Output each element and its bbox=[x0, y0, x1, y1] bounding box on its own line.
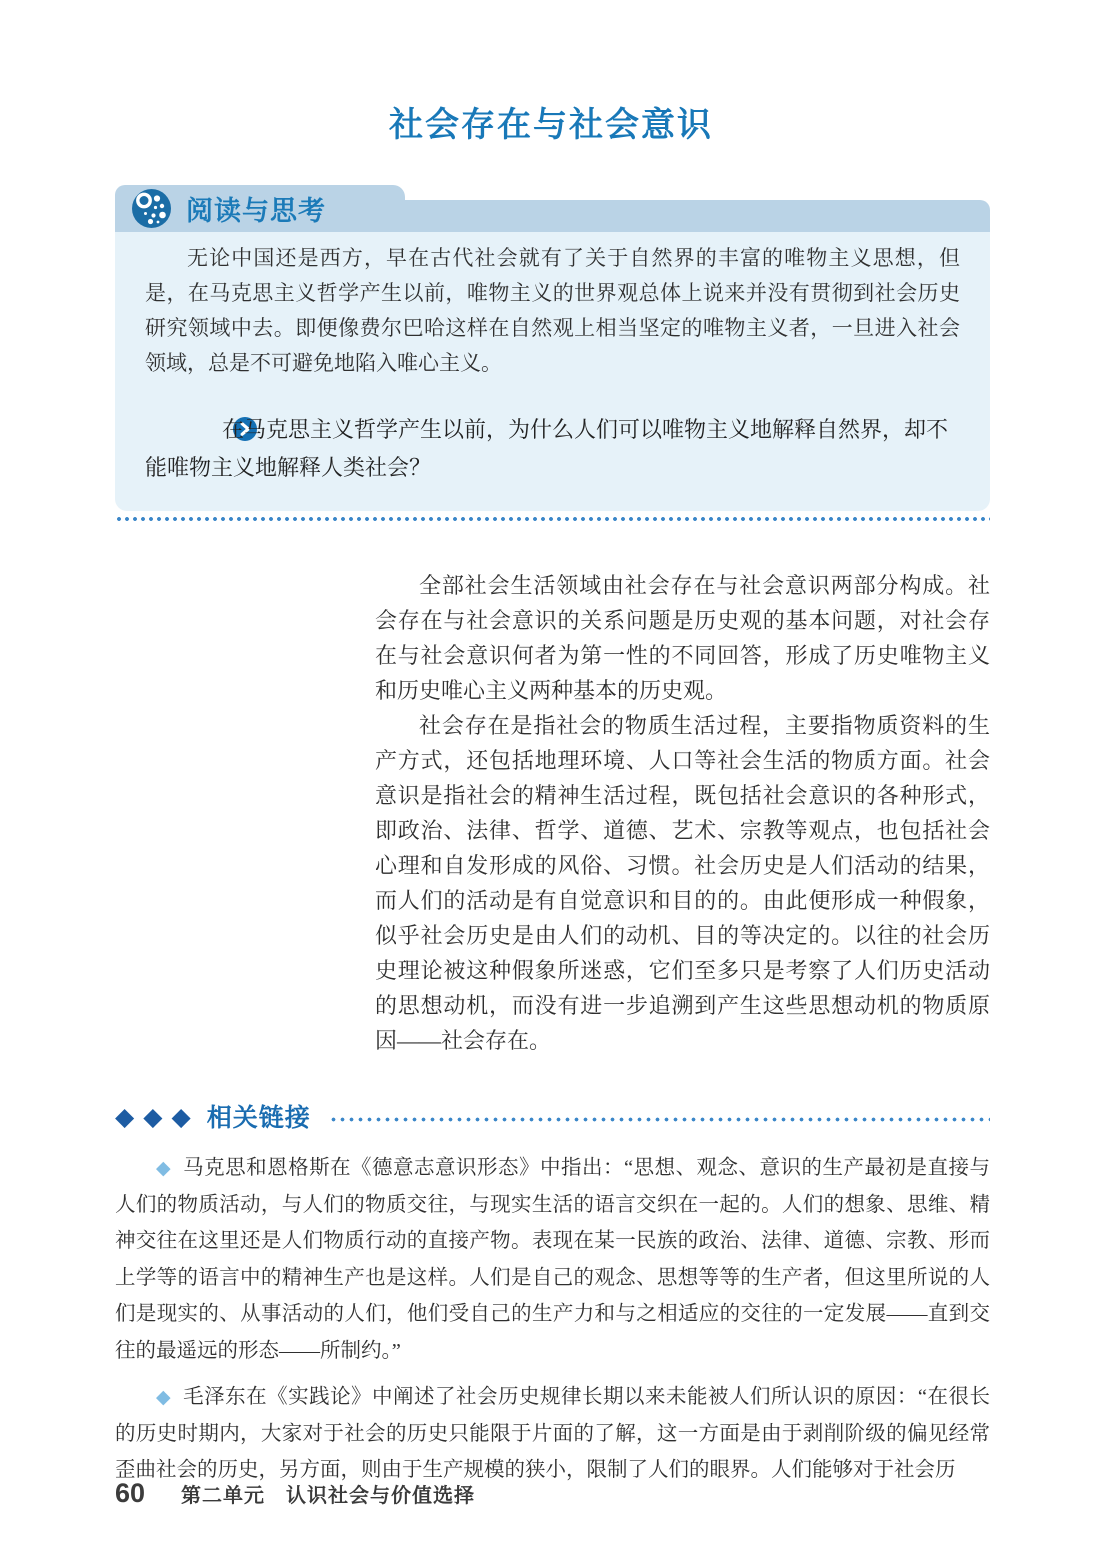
related-links-header: ◆ ◆ ◆ 相关链接 bbox=[115, 1098, 990, 1134]
unit-label: 第二单元 认识社会与价值选择 bbox=[181, 1479, 475, 1508]
page-footer: 60 第二单元 认识社会与价值选择 bbox=[115, 1478, 475, 1509]
body-paragraph: 全部社会生活领域由社会存在与社会意识两部分构成。社会存在与社会意识的关系问题是历… bbox=[375, 568, 990, 708]
reading-box-body: 无论中国还是西方，早在古代社会就有了关于自然界的丰富的唯物主义思想，但是，在马克… bbox=[115, 232, 990, 511]
reading-box-header: 阅读与思考 bbox=[115, 185, 990, 232]
reading-bubbles-icon bbox=[131, 188, 172, 229]
related-links-title: 相关链接 bbox=[207, 1098, 311, 1134]
page-number: 60 bbox=[115, 1478, 145, 1509]
diamond-icons: ◆ ◆ ◆ bbox=[115, 1104, 191, 1129]
related-link-item: ◆毛泽东在《实践论》中阐述了社会历史规律长期以来未能被人们所认识的原因：“在很长… bbox=[115, 1379, 990, 1489]
arrow-circle-icon bbox=[189, 415, 213, 439]
reading-box-question: 在马克思主义哲学产生以前，为什么人们可以唯物主义地解释自然界，却不能唯物主义地解… bbox=[145, 411, 960, 487]
reading-thinking-box: 阅读与思考 无论中国还是西方，早在古代社会就有了关于自然界的丰富的唯物主义思想，… bbox=[115, 185, 990, 511]
dotted-rule bbox=[329, 1117, 990, 1122]
related-link-text: 马克思和恩格斯在《德意志意识形态》中指出：“思想、观念、意识的生产最初是直接与人… bbox=[115, 1157, 990, 1362]
diamond-bullet-icon: ◆ bbox=[156, 1386, 171, 1408]
related-link-item: ◆马克思和恩格斯在《德意志意识形态》中指出：“思想、观念、意识的生产最初是直接与… bbox=[115, 1150, 990, 1369]
textbook-page: 社会存在与社会意识 bbox=[0, 0, 1102, 1559]
reading-box-paragraph: 无论中国还是西方，早在古代社会就有了关于自然界的丰富的唯物主义思想，但是，在马克… bbox=[145, 241, 960, 381]
reading-box-title: 阅读与思考 bbox=[186, 189, 326, 228]
main-text: 全部社会生活领域由社会存在与社会意识两部分构成。社会存在与社会意识的关系问题是历… bbox=[375, 568, 990, 1058]
header-tab: 阅读与思考 bbox=[115, 185, 405, 232]
page-title: 社会存在与社会意识 bbox=[0, 0, 1102, 148]
diamond-icon: ◆ bbox=[143, 1104, 162, 1129]
question-text: 在马克思主义哲学产生以前，为什么人们可以唯物主义地解释自然界，却不能唯物主义地解… bbox=[145, 417, 948, 480]
related-link-text: 毛泽东在《实践论》中阐述了社会历史规律长期以来未能被人们所认识的原因：“在很长的… bbox=[115, 1386, 990, 1481]
body-paragraph: 社会存在是指社会的物质生活过程，主要指物质资料的生产方式，还包括地理环境、人口等… bbox=[375, 708, 990, 1058]
diamond-icon: ◆ bbox=[115, 1104, 134, 1129]
dotted-divider bbox=[115, 516, 990, 522]
diamond-icon: ◆ bbox=[171, 1104, 190, 1129]
diamond-bullet-icon: ◆ bbox=[156, 1157, 171, 1179]
related-links-section: ◆ ◆ ◆ 相关链接 ◆马克思和恩格斯在《德意志意识形态》中指出：“思想、观念、… bbox=[115, 1098, 990, 1489]
